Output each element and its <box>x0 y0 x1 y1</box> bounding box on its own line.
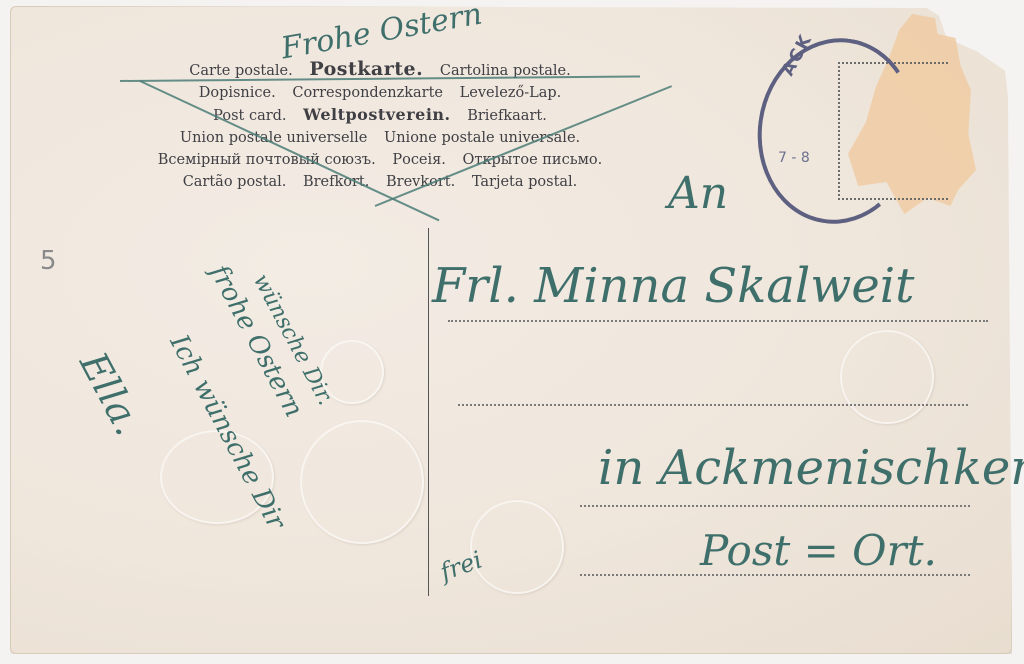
header-row-6: Cartão postal. Brefkort. Brevkort. Tarje… <box>60 171 700 193</box>
address-post-office: Post = Ort. <box>700 526 937 575</box>
address-salutation: An <box>668 168 728 219</box>
header-text: Росеія. <box>392 152 446 168</box>
embossed-flower <box>300 420 424 544</box>
header-text: Cartão postal. <box>183 174 287 190</box>
address-divider <box>428 228 429 596</box>
header-row-5: Всемiрный почтовый союзъ. Росеія. Открыт… <box>60 149 700 171</box>
embossed-flower <box>840 330 934 424</box>
header-row-2: Dopisnice. Correspondenzkarte Levelező-L… <box>60 82 700 104</box>
header-row-4: Union postale universelle Unione postale… <box>60 127 700 149</box>
header-row-3: Post card. Weltpostverein. Briefkaart. <box>60 104 700 127</box>
pencil-mark: 5 <box>40 246 57 276</box>
header-subtitle: Weltpostverein. <box>303 105 450 124</box>
header-text: Levelező-Lap. <box>460 85 562 101</box>
header-text: Всемiрный почтовый союзъ. <box>158 152 376 168</box>
header-text: Briefkaart. <box>467 108 547 124</box>
address-line-1 <box>448 320 988 322</box>
header-text: Carte postale. <box>189 63 292 79</box>
header-text: Correspondenzkarte <box>292 85 443 101</box>
address-recipient: Frl. Minna Skalweit <box>432 258 914 314</box>
address-place: in Ackmenischken <box>598 440 1024 496</box>
header-text: Unione postale universale. <box>384 130 580 146</box>
embossed-flower <box>470 500 564 594</box>
address-line-3 <box>580 505 970 507</box>
address-line-2 <box>458 404 968 406</box>
header-text: Tarjeta postal. <box>472 174 577 190</box>
header-text: Dopisnice. <box>199 85 276 101</box>
postmark-date: 7 - 8 <box>778 150 810 166</box>
